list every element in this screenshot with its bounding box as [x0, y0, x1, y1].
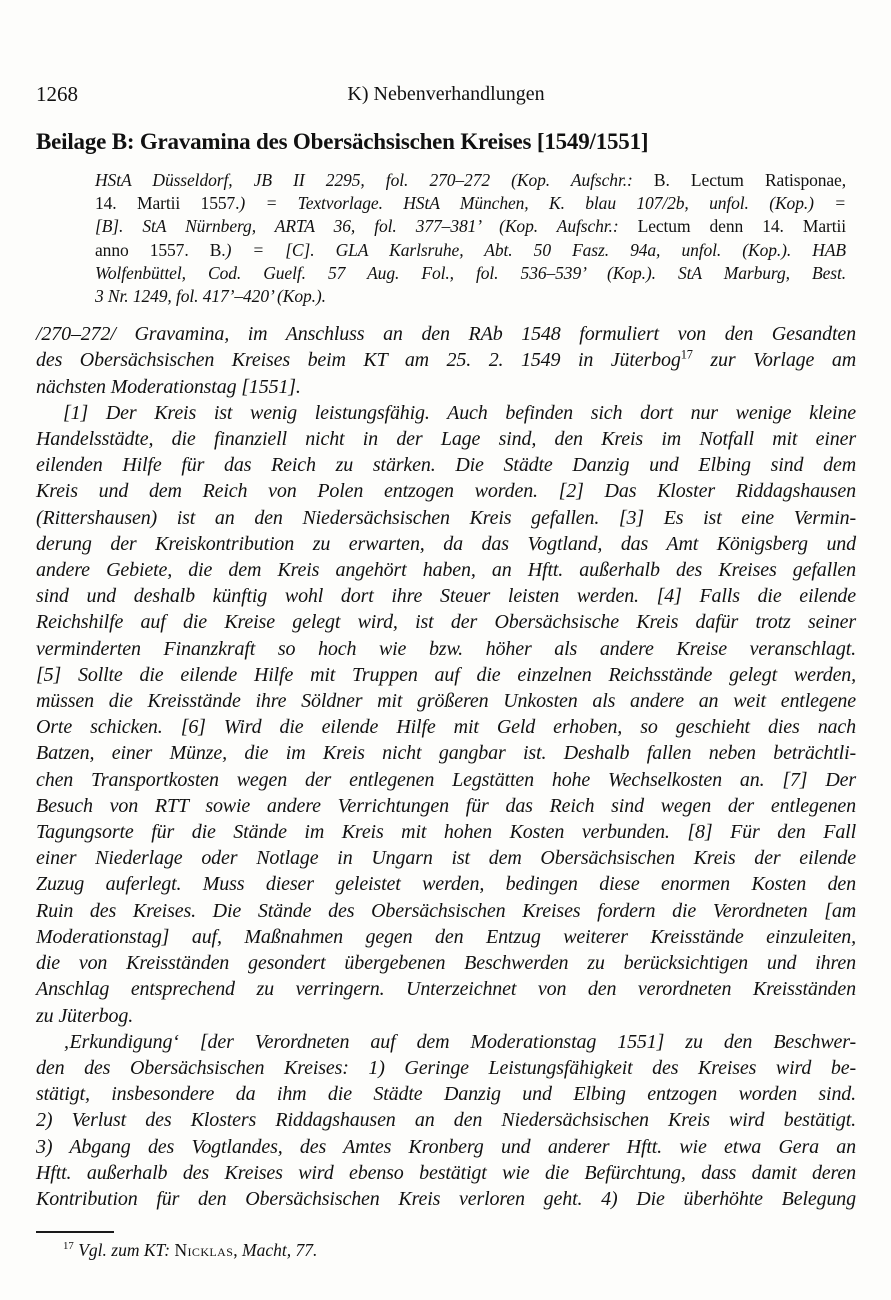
- text-line: des Obersächsischen Kreises beim KT am 2…: [36, 347, 856, 373]
- text-line: [1] Der Kreis ist wenig leistungsfähig. …: [36, 400, 856, 426]
- paragraph-erkundigung: ‚Erkundigung‘ [der Verordneten auf dem M…: [36, 1029, 856, 1212]
- text-line: die von Kreisständen gesondert übergeben…: [36, 950, 856, 976]
- text-line: Tagungsorte für die Stände im Kreis mit …: [36, 819, 856, 845]
- text-line: Wolfenbüttel, Cod. Guelf. 57 Aug. Fol., …: [95, 262, 846, 285]
- text-line: einer Niederlage oder Notlage in Ungarn …: [36, 845, 856, 871]
- text-line: den des Obersächsischen Kreises: 1) Geri…: [36, 1055, 856, 1081]
- text-line: anno 1557. B.) = [C]. GLA Karlsruhe, Abt…: [95, 239, 846, 262]
- text-line: eilenden Hilfe für das Reich zu stärken.…: [36, 452, 856, 478]
- text-line: Kreis und dem Reich von Polen entzogen w…: [36, 478, 856, 504]
- text-line: stätigt, insbesondere da ihm die Städte …: [36, 1081, 856, 1107]
- text-line: [5] Sollte die eilende Hilfe mit Truppen…: [36, 662, 856, 688]
- section-heading: Beilage B: Gravamina des Obersächsischen…: [36, 129, 856, 155]
- source-note: HStA Düsseldorf, JB II 2295, fol. 270–27…: [95, 169, 846, 308]
- paragraph-editorial-summary: /270–272/ Gravamina, im Anschluss an den…: [36, 321, 856, 400]
- text-line: HStA Düsseldorf, JB II 2295, fol. 270–27…: [95, 169, 846, 192]
- footnote: 17 Vgl. zum KT: Nicklas, Macht, 77.: [36, 1239, 856, 1261]
- text-line: andere Gebiete, die dem Kreis angehört h…: [36, 557, 856, 583]
- text-line: Handelsstädte, die finanziell nicht in d…: [36, 426, 856, 452]
- text-line: ‚Erkundigung‘ [der Verordneten auf dem M…: [36, 1029, 856, 1055]
- text-line: derung der Kreiskontribution zu erwarten…: [36, 531, 856, 557]
- text-line: Besuch von RTT sowie andere Verrichtunge…: [36, 793, 856, 819]
- text-line: zu Jüterbog.: [36, 1003, 856, 1029]
- text-line: verminderten Finanzkraft so hoch wie bzw…: [36, 636, 856, 662]
- footnote-marker: 17: [63, 1240, 74, 1252]
- text-line: chen Transportkosten wegen der entlegene…: [36, 767, 856, 793]
- footnote-separator: [36, 1231, 114, 1233]
- text-line: Batzen, einer Münze, die im Kreis nicht …: [36, 740, 856, 766]
- text-line: 3) Abgang des Vogtlandes, des Amtes Kron…: [36, 1134, 856, 1160]
- text-line: Kontribution für den Obersächsischen Kre…: [36, 1186, 856, 1212]
- text-line: sind und deshalb künftig wohl dort ihre …: [36, 583, 856, 609]
- paragraph-gravamina: [1] Der Kreis ist wenig leistungsfähig. …: [36, 400, 856, 1029]
- text-line: müssen die Kreisstände ihre Söldner mit …: [36, 688, 856, 714]
- document-body: /270–272/ Gravamina, im Anschluss an den…: [36, 321, 856, 1212]
- footnote-marker: 17: [681, 348, 693, 362]
- text-line: Hftt. außerhalb des Kreises wird ebenso …: [36, 1160, 856, 1186]
- text-line: nächsten Moderationstag [1551].: [36, 374, 856, 400]
- text-line: Moderationstag] auf, Maßnahmen gegen den…: [36, 924, 856, 950]
- text-line: 2) Verlust des Klosters Riddagshausen an…: [36, 1107, 856, 1133]
- text-line: Orte schicken. [6] Wird die eilende Hilf…: [36, 714, 856, 740]
- text-line: 17 Vgl. zum KT: Nicklas, Macht, 77.: [36, 1239, 856, 1261]
- text-line: Zuzug auferlegt. Muss dieser geleistet w…: [36, 871, 856, 897]
- text-line: 14. Martii 1557.) = Textvorlage. HStA Mü…: [95, 192, 846, 215]
- text-line: [B]. StA Nürnberg, ARTA 36, fol. 377–381…: [95, 215, 846, 238]
- running-title: K) Nebenverhandlungen: [36, 83, 856, 106]
- text-line: (Rittershausen) ist an den Niedersächsis…: [36, 505, 856, 531]
- text-line: Reichshilfe auf die Kreise gelegt wird, …: [36, 609, 856, 635]
- text-line: Anschlag entsprechend zu verringern. Unt…: [36, 976, 856, 1002]
- page-header: 1268 K) Nebenverhandlungen: [36, 82, 856, 108]
- text-line: /270–272/ Gravamina, im Anschluss an den…: [36, 321, 856, 347]
- book-page: 1268 K) Nebenverhandlungen Beilage B: Gr…: [0, 0, 891, 1300]
- text-line: Ruin des Kreises. Die Stände des Obersäc…: [36, 898, 856, 924]
- text-line: 3 Nr. 1249, fol. 417’–420’ (Kop.).: [95, 285, 846, 308]
